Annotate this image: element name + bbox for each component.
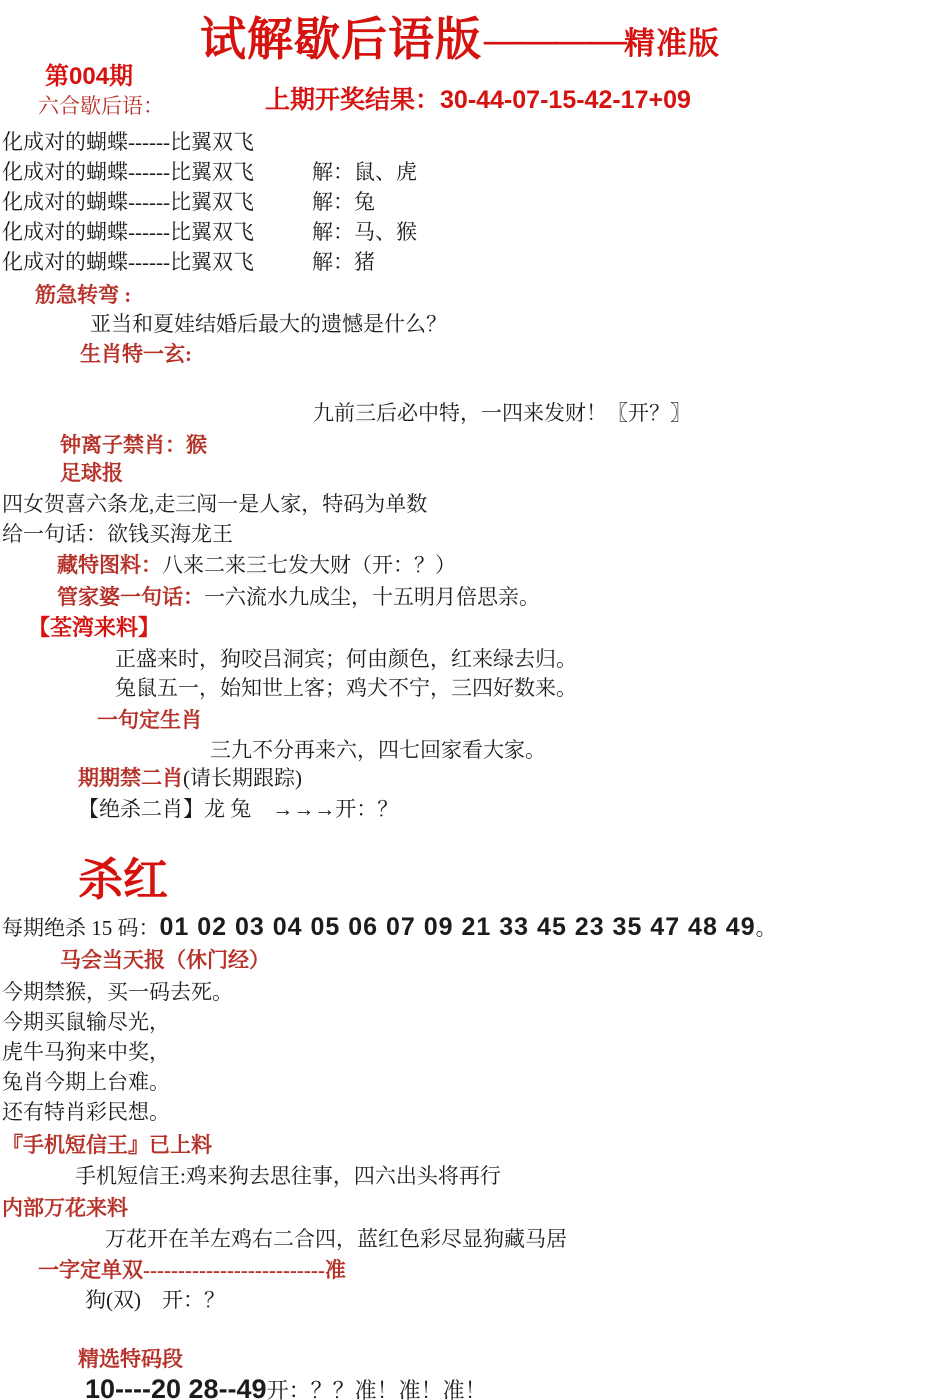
tema-result: 开：？？准！准！准！ [267, 1378, 487, 1400]
mahui-label: 马会当天报（休门经） [60, 948, 270, 972]
last-result-line: 上期开奖结果：30-44-07-15-42-17+09 [265, 86, 691, 115]
riddle-row: 化成对的蝴蝶------比翼双飞 [2, 130, 312, 154]
kill-numbers-line: 每期绝杀 15 码：01 02 03 04 05 06 07 09 21 33 … [2, 913, 777, 942]
sms-king-label: 『手机短信王』已上料 [2, 1133, 212, 1157]
quanwan-line-1: 正盛来时，狗咬吕洞宾；何由颜色，红来绿去归。 [115, 647, 577, 671]
kill-numbers-label: 每期绝杀 15 码： [2, 916, 160, 940]
riddle-answer: 解：兔 [312, 190, 375, 214]
page-title-main: 试解歇后语版 [200, 14, 482, 67]
football-report-label: 足球报 [60, 461, 123, 485]
one-sentence-text: 三九不分再来六，四七回家看大家。 [210, 738, 546, 762]
danshuang-text: 狗(双) 开：？ [85, 1288, 225, 1312]
guanjiapo-line: 管家婆一句话：一六流水九成尘，十五明月倍思亲。 [57, 585, 540, 609]
guanjiapo-label: 管家婆一句话： [57, 585, 204, 609]
mahui-line: 今期买鼠输尽光， [2, 1010, 170, 1034]
page-title: 试解歇后语版 ———— 精准版 [200, 14, 720, 67]
riddle-text: 化成对的蝴蝶------比翼双飞 [2, 160, 312, 184]
ban-two-note: (请长期跟踪) [183, 766, 302, 790]
issue-number: 第004期 [45, 63, 133, 91]
kill-numbers: 01 02 03 04 05 06 07 09 21 33 45 23 35 4… [160, 913, 756, 941]
sms-king-text: 手机短信王:鸡来狗去思往事，四六出头将再行 [75, 1164, 501, 1188]
lottery-tips-sheet: 试解歇后语版 ———— 精准版 第004期 六合歇后语： 上期开奖结果：30-4… [0, 0, 950, 1400]
brainteaser-question: 亚当和夏娃结婚后最大的遗憾是什么？ [90, 312, 447, 336]
shahong-title: 杀红 [78, 855, 168, 907]
riddle-text: 化成对的蝴蝶------比翼双飞 [2, 130, 312, 154]
riddle-answer: 解：猪 [312, 250, 375, 274]
tema-line: 10----20 28--49开：？？准！准！准！ [85, 1374, 487, 1400]
danshuang-label: 一字定单双--------------------------准 [38, 1258, 346, 1282]
tema-label: 精选特码段 [78, 1347, 183, 1371]
football-line-1: 四女贺喜六条龙,走三闯一是人家，特码为单数 [2, 492, 427, 516]
riddle-row: 化成对的蝴蝶------比翼双飞 解：鼠、虎 [2, 160, 417, 184]
last-result-numbers: 30-44-07-15-42-17+09 [440, 86, 691, 114]
page-title-dash: ———— [484, 19, 624, 63]
ban-two-label: 期期禁二肖 [78, 766, 183, 790]
riddle-answer: 解：马、猴 [312, 220, 417, 244]
cangte-line: 藏特图料：八来二来三七发大财（开：？） [57, 553, 456, 577]
mahui-line: 今期禁猴，买一码去死。 [2, 980, 233, 1004]
brainteaser-label: 筋急转弯 : [35, 283, 131, 307]
football-line-2: 给一句话：欲钱买海龙王 [2, 522, 233, 546]
zodiac-hint-label: 生肖特一玄: [80, 342, 192, 366]
mahui-line: 虎牛马狗来中奖， [2, 1040, 170, 1064]
riddle-row: 化成对的蝴蝶------比翼双飞 解：马、猴 [2, 220, 417, 244]
mahui-line: 还有特肖彩民想。 [2, 1100, 170, 1124]
ban-two-text: 【绝杀二肖】龙 兔 →→→开：？ [78, 797, 398, 821]
riddle-row: 化成对的蝴蝶------比翼双飞 解：兔 [2, 190, 375, 214]
riddle-row: 化成对的蝴蝶------比翼双飞 解：猪 [2, 250, 375, 274]
quanwan-line-2: 兔鼠五一，始知世上客；鸡犬不宁，三四好数来。 [115, 676, 577, 700]
riddle-text: 化成对的蝴蝶------比翼双飞 [2, 250, 312, 274]
mahui-line: 兔肖今期上台难。 [2, 1070, 170, 1094]
guanjiapo-text: 一六流水九成尘，十五明月倍思亲。 [204, 585, 540, 609]
quanwan-label: 【荃湾来料】 [28, 615, 160, 640]
wanhua-label: 内部万花来料 [2, 1196, 128, 1220]
cangte-text: 八来二来三七发大财（开：？） [162, 553, 456, 577]
category-label: 六合歇后语： [38, 94, 164, 118]
cangte-label: 藏特图料： [57, 553, 162, 577]
page-title-suffix: 精准版 [624, 26, 720, 62]
ban-two-line: 期期禁二肖(请长期跟踪) [78, 766, 302, 790]
kill-numbers-period: 。 [756, 916, 777, 940]
tema-numbers: 10----20 28--49 [85, 1374, 267, 1400]
last-result-label: 上期开奖结果： [265, 86, 440, 114]
riddle-answer: 解：鼠、虎 [312, 160, 417, 184]
wanhua-text: 万花开在羊左鸡右二合四，蓝红色彩尽显狗藏马居 [105, 1227, 567, 1251]
zodiac-hint-text: 九前三后必中特，一四来发财！〖开？〗 [313, 401, 691, 425]
riddle-text: 化成对的蝴蝶------比翼双飞 [2, 220, 312, 244]
riddle-text: 化成对的蝴蝶------比翼双飞 [2, 190, 312, 214]
forbidden-zodiac-label: 钟离子禁肖：猴 [60, 433, 207, 457]
one-sentence-label: 一句定生肖 [97, 708, 202, 732]
